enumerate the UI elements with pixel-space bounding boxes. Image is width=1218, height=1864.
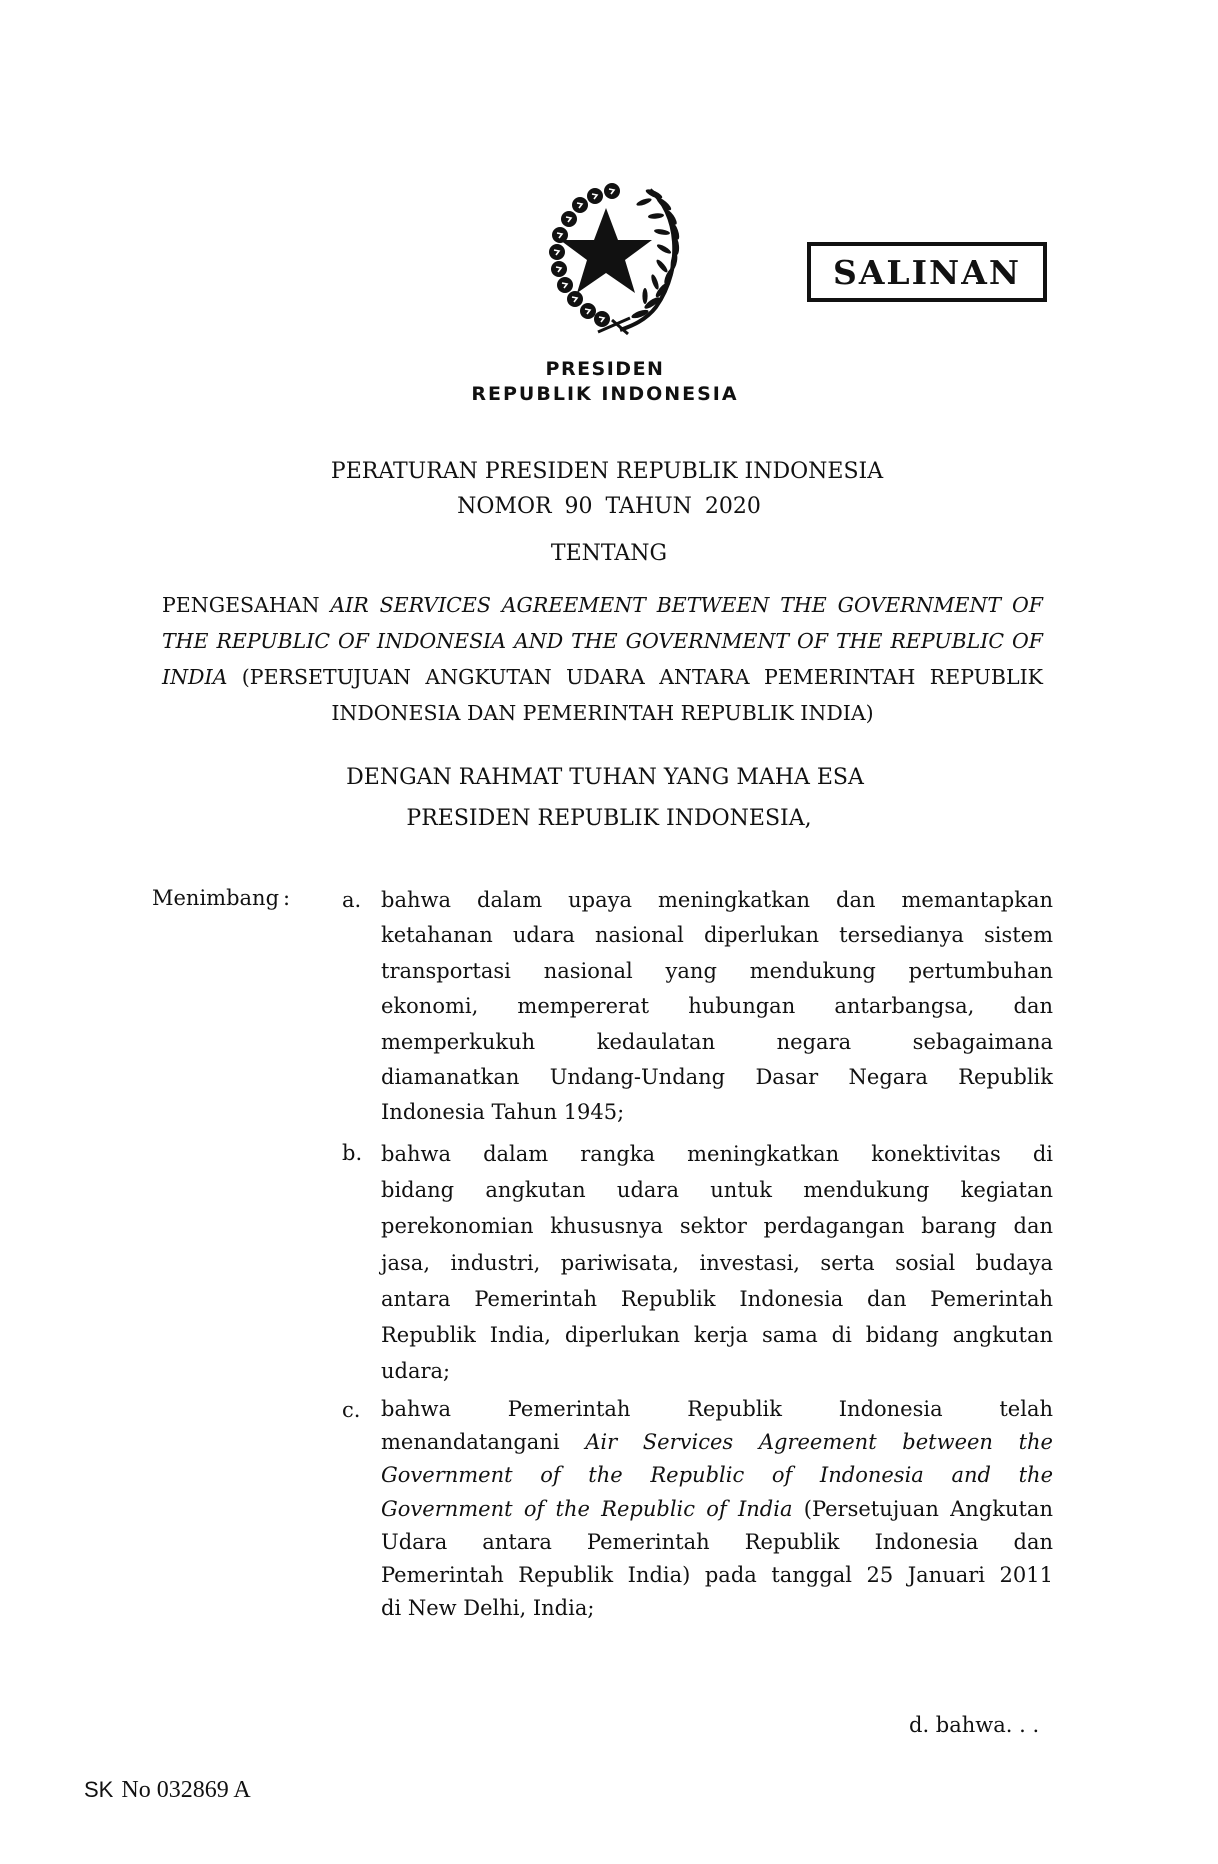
text-line: Pemerintah Republik India) pada tanggal … — [381, 1559, 1053, 1592]
text-line: Indonesia Tahun 1945; — [381, 1095, 1053, 1130]
text-line: di New Delhi, India; — [381, 1592, 1053, 1625]
text-line: Udara antara Pemerintah Republik Indones… — [381, 1526, 1053, 1559]
text-line: INDONESIA DAN PEMERINTAH REPUBLIK INDIA) — [162, 695, 1043, 731]
text-line: bidang angkutan udara untuk mendukung ke… — [381, 1172, 1053, 1208]
text-line: perekonomian khususnya sektor perdaganga… — [381, 1208, 1053, 1244]
sk-number: No 032869 A — [121, 1777, 250, 1803]
text-line: jasa, industri, pariwisata, investasi, s… — [381, 1245, 1053, 1281]
text-line: udara; — [381, 1353, 1053, 1389]
text-line: THE REPUBLIC OF INDONESIA AND THE GOVERN… — [162, 623, 1043, 659]
considerans-item: bahwa dalam rangka meningkatkan konektiv… — [381, 1136, 1053, 1389]
text-line: PENGESAHAN AIR SERVICES AGREEMENT BETWEE… — [162, 587, 1043, 623]
text-line: bahwa Pemerintah Republik Indonesia tela… — [381, 1393, 1053, 1426]
sk-serial-number: SKNo 032869 A — [84, 1777, 251, 1803]
sk-prefix: SK — [84, 1777, 113, 1802]
text-line: antara Pemerintah Republik Indonesia dan… — [381, 1281, 1053, 1317]
item-letter: c. — [342, 1395, 360, 1425]
document-subject: PENGESAHAN AIR SERVICES AGREEMENT BETWEE… — [162, 587, 1043, 731]
text-line: menandatangani Air Services Agreement be… — [381, 1426, 1053, 1459]
invocation-line: DENGAN RAHMAT TUHAN YANG MAHA ESA — [0, 765, 1214, 791]
continuation-marker: d. bahwa. . . — [909, 1712, 1039, 1738]
document-tentang: TENTANG — [0, 541, 1218, 567]
salinan-stamp: SALINAN — [807, 242, 1047, 302]
text-line: Republik India, diperlukan kerja sama di… — [381, 1317, 1053, 1353]
text-line: diamanatkan Undang-Undang Dasar Negara R… — [381, 1060, 1053, 1095]
garuda-presidential-emblem-icon — [528, 172, 688, 337]
text-line: memperkukuh kedaulatan negara sebagaiman… — [381, 1025, 1053, 1060]
office-title-presiden: PRESIDEN — [0, 358, 1214, 380]
document-number: NOMOR 90 TAHUN 2020 — [0, 494, 1218, 520]
text-line: bahwa dalam upaya meningkatkan dan meman… — [381, 883, 1053, 918]
document-title: PERATURAN PRESIDEN REPUBLIK INDONESIA — [0, 459, 1216, 485]
considerans-item: bahwa Pemerintah Republik Indonesia tela… — [381, 1393, 1053, 1625]
menimbang-colon: : — [283, 883, 290, 913]
text-line: ekonomi, mempererat hubungan antarbangsa… — [381, 989, 1053, 1024]
text-line: ketahanan udara nasional diperlukan ters… — [381, 918, 1053, 953]
text-line: bahwa dalam rangka meningkatkan konektiv… — [381, 1136, 1053, 1172]
considerans-item: bahwa dalam upaya meningkatkan dan meman… — [381, 883, 1053, 1131]
item-letter: a. — [342, 885, 361, 915]
text-line: Government of the Republic of Indonesia … — [381, 1459, 1053, 1492]
item-letter: b. — [342, 1138, 362, 1168]
text-line: INDIA (PERSETUJUAN ANGKUTAN UDARA ANTARA… — [162, 659, 1043, 695]
office-title-republik: REPUBLIK INDONESIA — [0, 383, 1214, 405]
menimbang-label: Menimbang — [152, 883, 279, 913]
enacting-authority: PRESIDEN REPUBLIK INDONESIA, — [0, 806, 1218, 832]
text-line: transportasi nasional yang mendukung per… — [381, 954, 1053, 989]
text-line: Government of the Republic of India (Per… — [381, 1493, 1053, 1526]
